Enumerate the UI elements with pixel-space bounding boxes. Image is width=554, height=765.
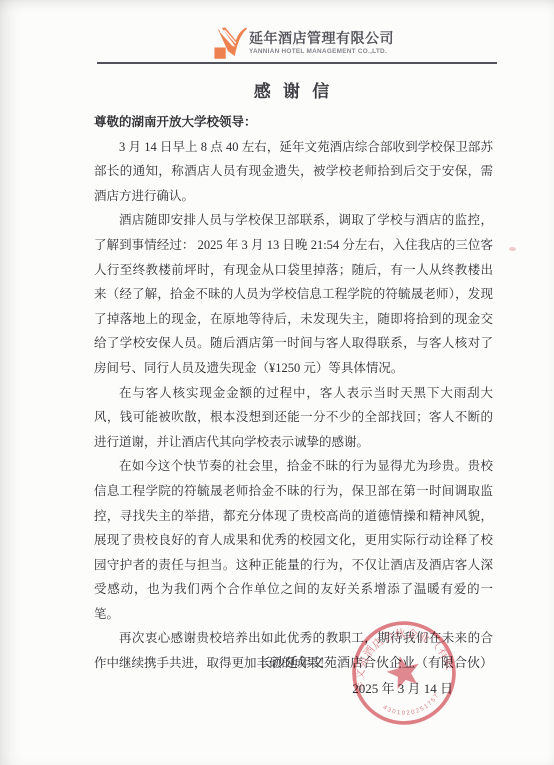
seal-star-icon bbox=[384, 652, 424, 690]
company-name-en: YANNIAN HOTEL MANAGEMENT CO.,LTD. bbox=[249, 47, 409, 56]
letterhead-divider bbox=[97, 62, 497, 64]
salutation: 尊敬的湖南开放大学校领导： bbox=[94, 110, 493, 135]
letter-body: 尊敬的湖南开放大学校领导： 3 月 14 日早上 8 点 40 左右，延年文苑酒… bbox=[94, 110, 493, 676]
svg-text:4301020251757: 4301020251757 bbox=[380, 690, 444, 723]
body-paragraph: 酒店随即安排人员与学校保卫部联系，调取了学校与酒店的监控，了解到事情经过： 20… bbox=[94, 208, 493, 380]
letterhead-text: 延年酒店管理有限公司 YANNIAN HOTEL MANAGEMENT CO.,… bbox=[249, 29, 409, 56]
thank-you-letter-page: 延年酒店管理有限公司 YANNIAN HOTEL MANAGEMENT CO.,… bbox=[0, 0, 554, 765]
body-paragraph: 在与客人核实现金金额的过程中，客人表示当时天黑下大雨刮大风，钱可能被吹散，根本没… bbox=[94, 381, 493, 455]
scan-artifact-mark bbox=[509, 247, 516, 251]
yannian-wing-y-logo-icon bbox=[214, 27, 247, 61]
letterhead: 延年酒店管理有限公司 YANNIAN HOTEL MANAGEMENT CO.,… bbox=[0, 0, 554, 64]
letter-title: 感 谢 信 bbox=[94, 77, 493, 102]
seal-registration-number: 4301020251757 bbox=[380, 690, 444, 723]
company-name-cn: 延年酒店管理有限公司 bbox=[249, 29, 409, 47]
body-paragraph: 在如今这个快节奏的社会里，拾金不昧的行为显得尤为珍贵。贵校信息工程学院的符毓晟老… bbox=[94, 454, 493, 626]
body-paragraph: 3 月 14 日早上 8 点 40 左右，延年文苑酒店综合部收到学校保卫部苏部长… bbox=[94, 135, 493, 209]
